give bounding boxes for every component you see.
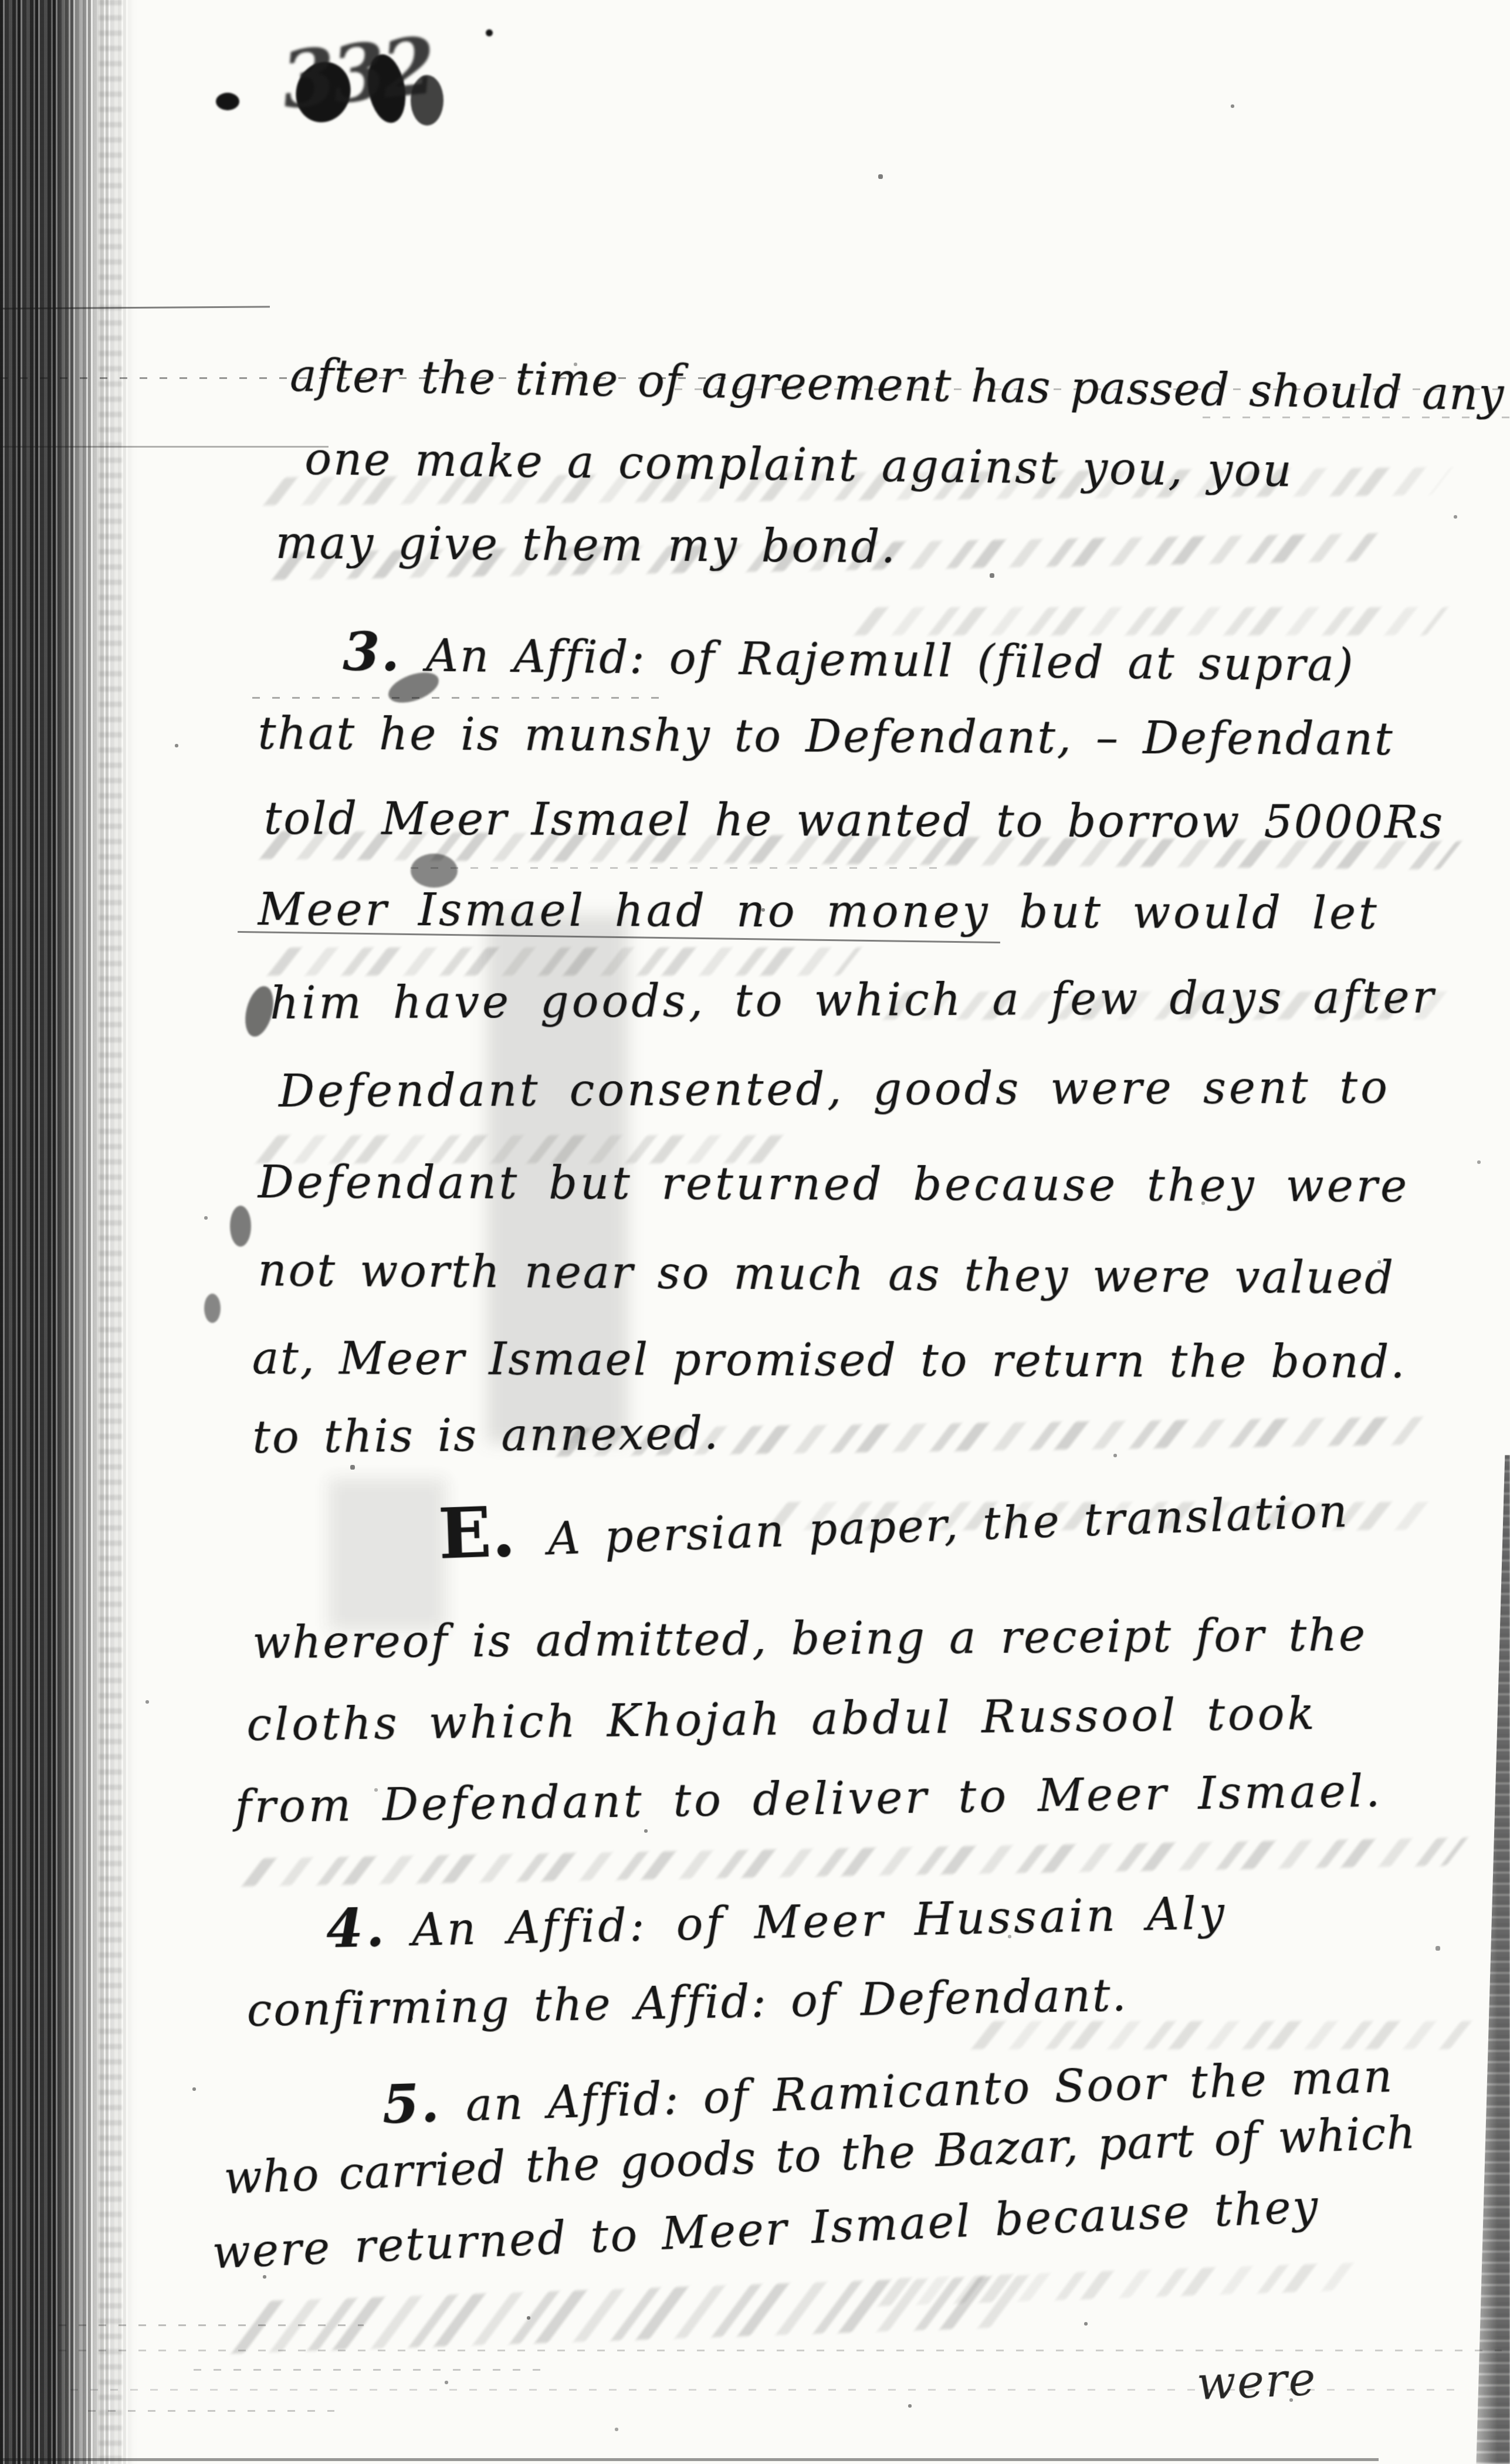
scan-line	[411, 867, 939, 869]
bleed-through	[228, 1837, 1468, 1887]
ink-blot	[411, 854, 458, 888]
paragraph-label: 5.	[381, 2072, 442, 2136]
ink-blot	[486, 29, 493, 36]
manuscript-line-text: An Affid: of Rajemull (filed at supra)	[426, 629, 1355, 691]
ink-blot	[204, 1294, 221, 1323]
manuscript-line-text: A persian paper, the translation	[547, 1485, 1350, 1565]
manuscript-line: Defendant but returned because they were	[258, 1156, 1410, 1212]
manuscript-line: Meer Ismael had no money but would let	[258, 883, 1380, 939]
scan-line	[0, 2458, 1379, 2461]
manuscript-line: him have goods, to which a few days afte…	[270, 971, 1437, 1029]
page-number: 332	[277, 21, 437, 127]
manuscript-line: told Meer Ismael he wanted to borrow 500…	[264, 792, 1445, 848]
catchword: were	[1196, 2353, 1318, 2411]
manuscript-line: may give them my bond.	[275, 516, 897, 573]
paragraph-label: 3.	[343, 621, 402, 683]
manuscript-line: at, Meer Ismael promised to return the b…	[252, 1332, 1407, 1388]
scan-line	[0, 446, 329, 448]
manuscript-line: to this is annexed.	[252, 1407, 720, 1463]
paper-speckles	[0, 0, 1, 1]
manuscript-line: 3.An Affid: of Rajemull (filed at supra)	[343, 621, 1355, 693]
ink-smear	[329, 1478, 446, 1631]
manuscript-line: Defendant consented, goods were sent to	[279, 1061, 1390, 1117]
manuscript-line-text: An Affid: of Meer Hussain Aly	[411, 1887, 1227, 1956]
manuscript-line: whereof is admitted, being a receipt for…	[252, 1609, 1367, 1668]
manuscript-page: 332 after the time of agreement has pass…	[0, 0, 1510, 2464]
manuscript-line: after the time of agreement has passed s…	[290, 349, 1505, 421]
manuscript-line: cloths which Khojah abdul Russool took	[246, 1687, 1318, 1751]
exhibit-label: E.	[437, 1490, 517, 1574]
paper-crease-speckles	[99, 0, 122, 2464]
manuscript-line: from Defendant to deliver to Meer Ismael…	[235, 1765, 1383, 1833]
scan-line	[88, 2410, 334, 2412]
manuscript-line: E.A persian paper, the translation	[437, 1461, 1350, 1575]
scan-line	[194, 2369, 546, 2371]
bleed-through	[863, 2262, 1366, 2307]
page-edge-shadow	[1468, 1455, 1510, 2464]
ink-blot	[216, 93, 239, 110]
manuscript-line: not worth near so much as they were valu…	[258, 1244, 1395, 1304]
scan-line	[252, 697, 663, 699]
bleed-through	[957, 2021, 1478, 2049]
paragraph-label: 4.	[326, 1897, 388, 1960]
manuscript-line: 4.An Affid: of Meer Hussain Aly	[326, 1879, 1228, 1960]
ink-blot	[230, 1206, 251, 1247]
manuscript-line: that he is munshy to Defendant, – Defend…	[258, 707, 1394, 765]
